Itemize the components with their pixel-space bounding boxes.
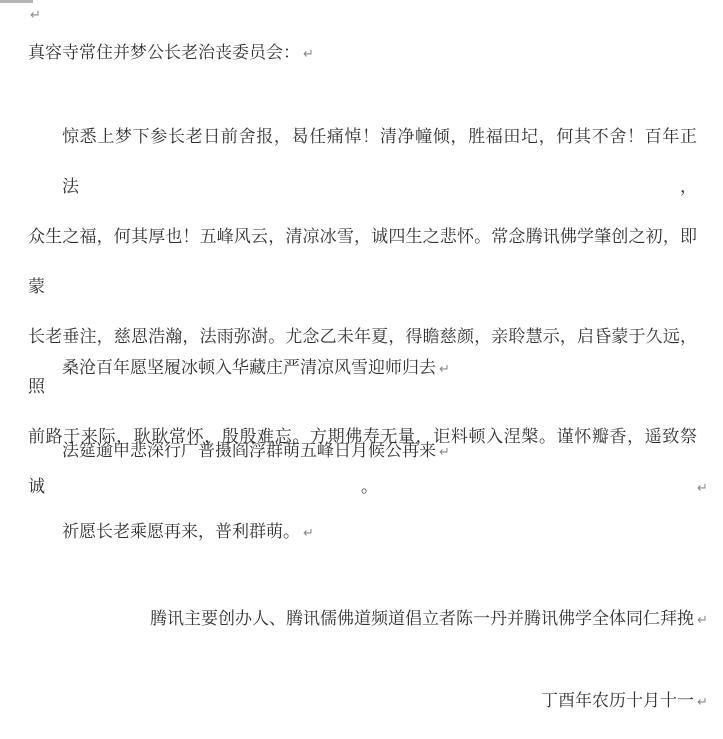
- paragraph-mark-icon: ↵: [30, 8, 41, 23]
- date-text: 丁酉年农历十月十一: [541, 691, 694, 710]
- date-line: 丁酉年农历十月十一↵: [28, 691, 697, 713]
- top-edge-artifact: [0, 0, 33, 3]
- empty-paragraph: ↵: [30, 6, 41, 24]
- signature-text: 腾讯主要创办人、腾讯儒佛道频道倡立者陈一丹并腾讯佛学全体同仁拜挽: [150, 609, 694, 628]
- elegiac-couplet-lower-line: 法筵逾甲悲深行广普摄阎浮群萌五峰日月候公再来↵: [62, 441, 439, 463]
- elegiac-couplet-upper-line: 桑沧百年愿坚履冰顿入华藏庄严清凉风雪迎师归去↵: [62, 358, 439, 380]
- signature-line: 腾讯主要创办人、腾讯儒佛道频道倡立者陈一丹并腾讯佛学全体同仁拜挽↵: [28, 609, 697, 631]
- closing-wish-line: 祈愿长老乘愿再来，普利群萌。↵: [62, 522, 303, 544]
- couplet-lower-text: 法筵逾甲悲深行广普摄阎浮群萌五峰日月候公再来: [62, 441, 436, 460]
- body-line-1: 惊悉上梦下参长老日前舍报，曷任痛悼！清净幢倾，胜福田圮，何其不舍！百年正法，: [28, 112, 697, 212]
- salutation-text: 真容寺常住并梦公长老治丧委员会：: [28, 43, 300, 62]
- couplet-upper-text: 桑沧百年愿坚履冰顿入华藏庄严清凉风雪迎师归去: [62, 358, 436, 377]
- body-line-2: 众生之福，何其厚也！五峰风云，清凉冰雪，诚四生之悲怀。常念腾讯佛学肇创之初，即蒙: [28, 212, 697, 312]
- body-line-4: 前路于来际，耿耿常怀，殷殷难忘。方期佛寿无量，讵料顿入涅槃。谨怀瓣香，遥致祭诚。…: [28, 412, 697, 514]
- closing-wish-text: 祈愿长老乘愿再来，普利群萌。: [62, 522, 300, 541]
- salutation-line: 真容寺常住并梦公长老治丧委员会：↵: [28, 43, 303, 65]
- document-page: ↵ 真容寺常住并梦公长老治丧委员会：↵ 惊悉上梦下参长老日前舍报，曷任痛悼！清净…: [0, 0, 723, 739]
